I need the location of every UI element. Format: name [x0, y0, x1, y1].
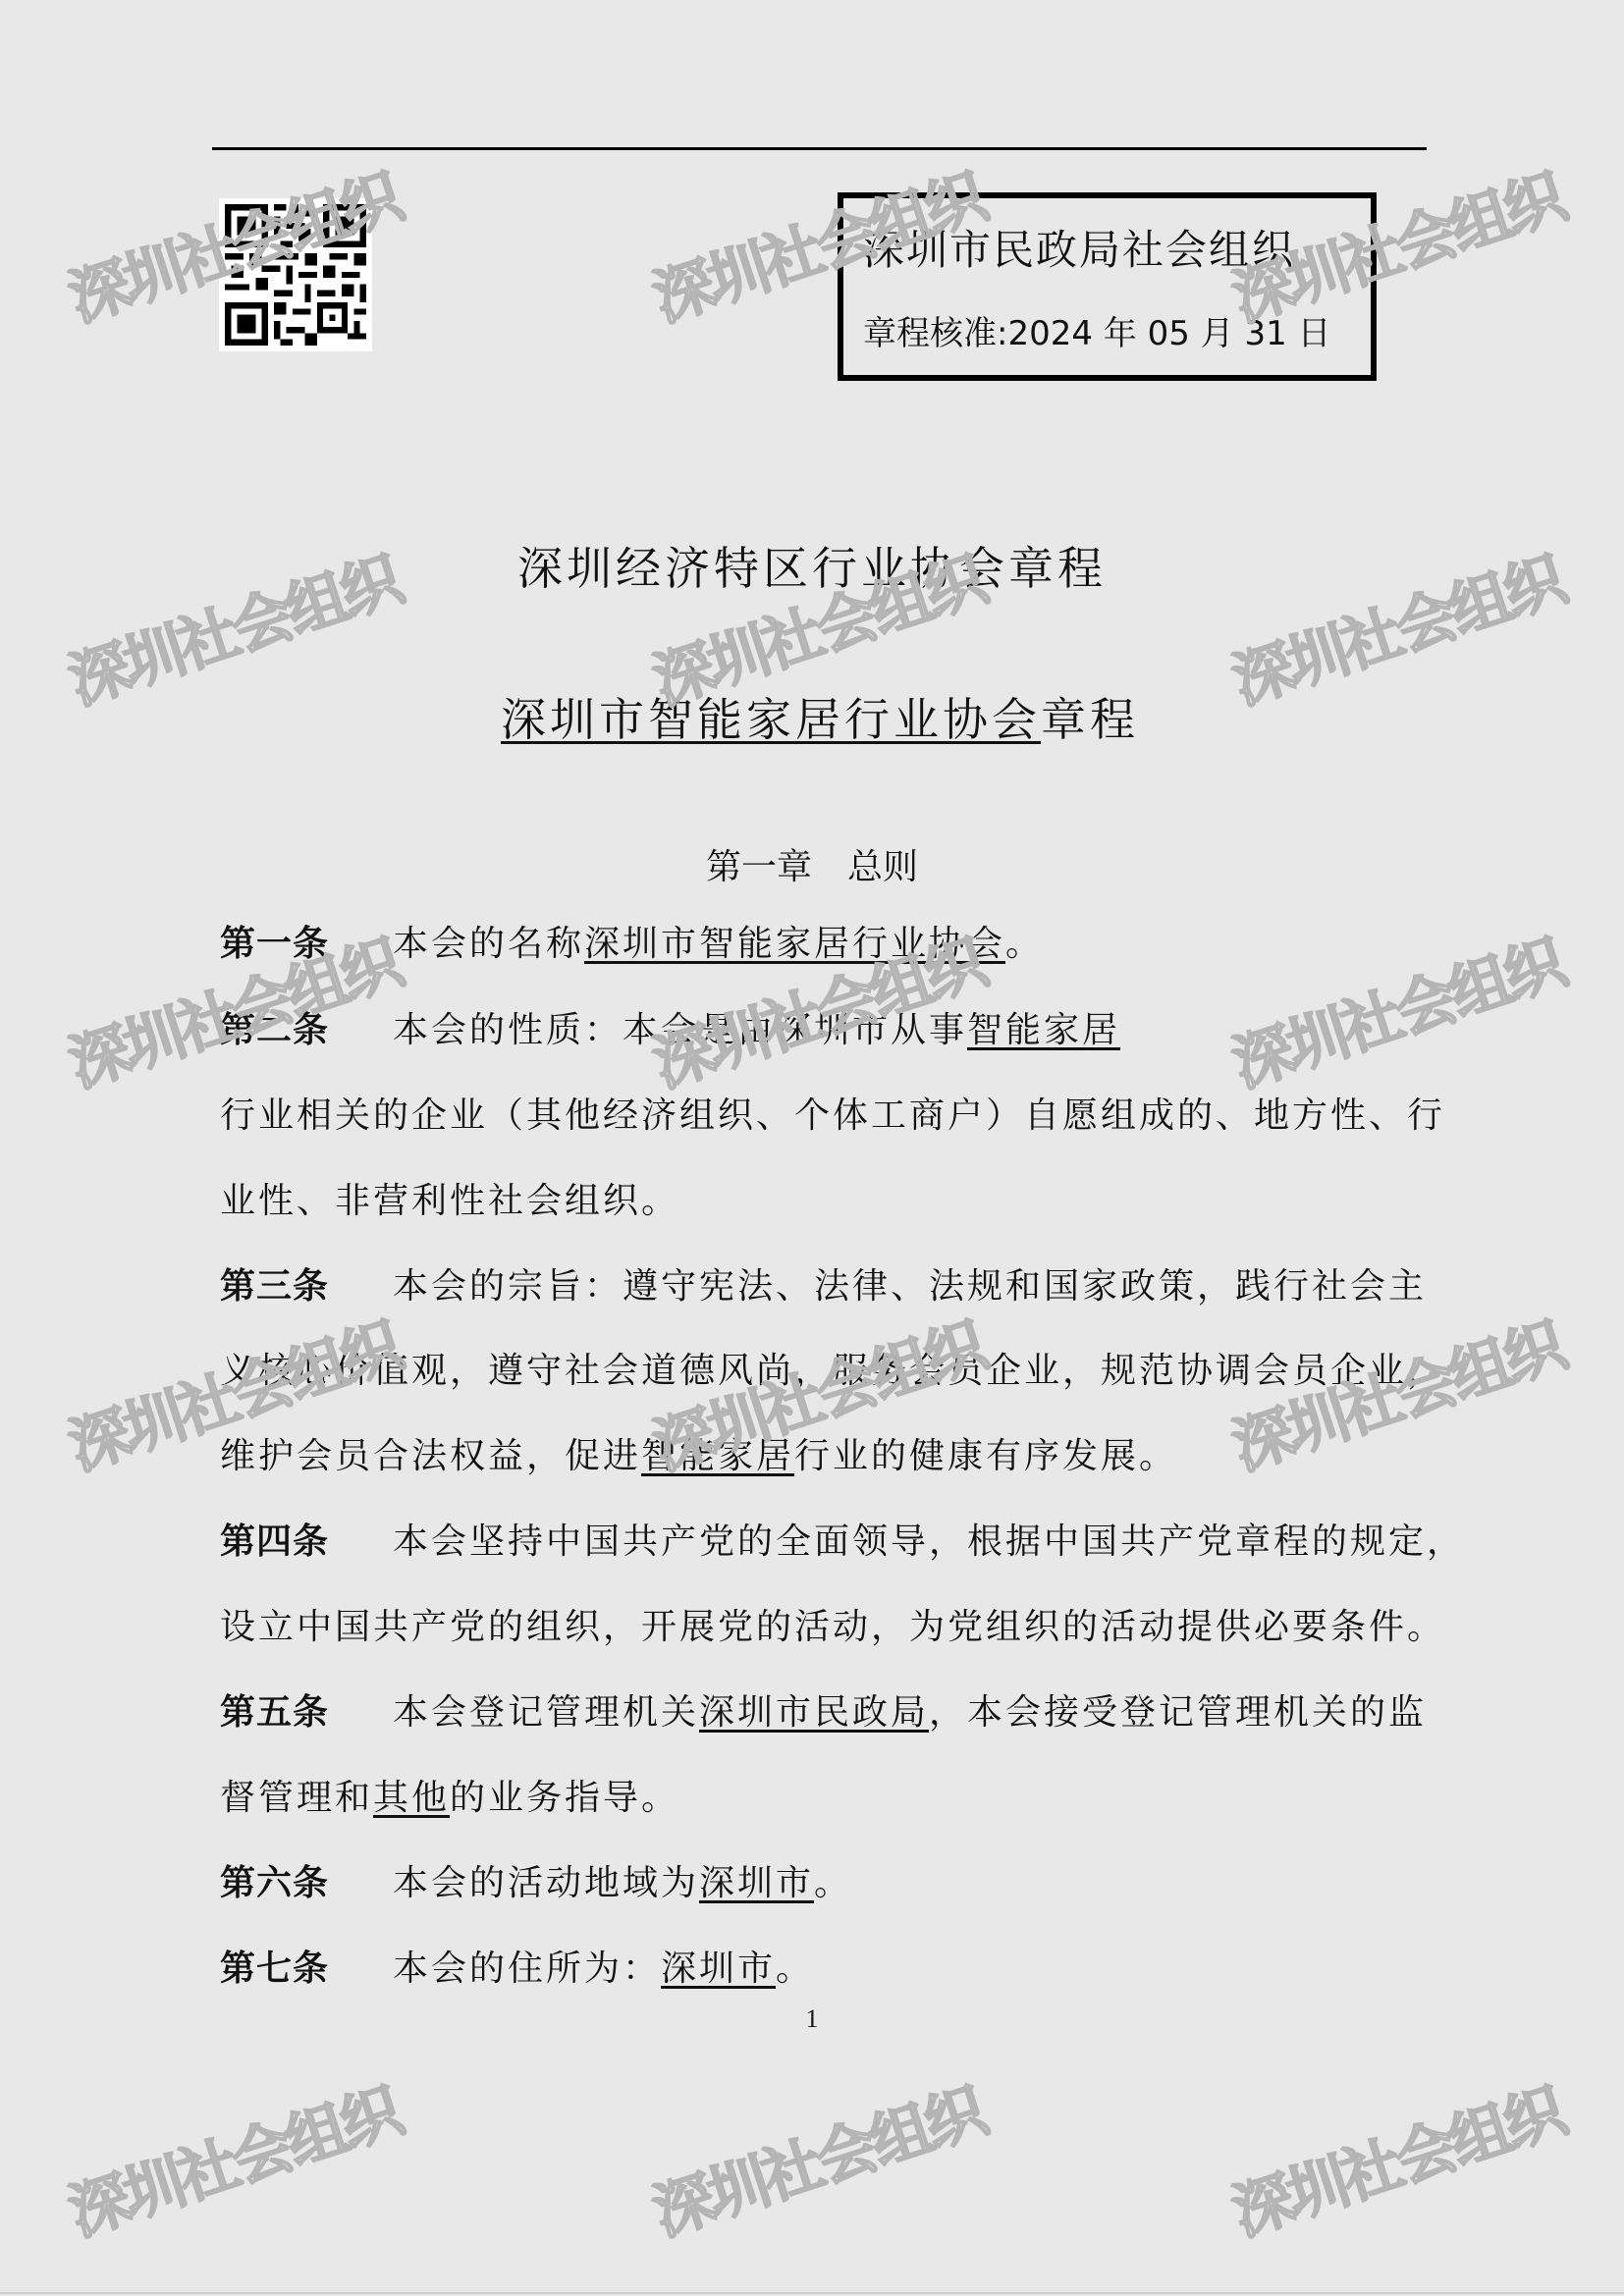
article-continuation-line: 督管理和其他的业务指导。	[220, 1777, 679, 1820]
approval-label: 章程核准:	[863, 314, 1007, 353]
document-title: 深圳经济特区行业协会章程	[0, 533, 1624, 598]
underlined-fill-in: 其他	[373, 1778, 450, 1818]
article-continuation-line: 行业相关的企业（其他经济组织、个体工商户）自愿组成的、地方性、行	[220, 1095, 1445, 1138]
watermark: 深圳社会组织	[1219, 2063, 1571, 2252]
organization-title: 深圳市智能家居行业协会章程	[501, 684, 1139, 749]
qr-code-icon	[219, 198, 372, 351]
article-text: 义核心价值观，遵守社会道德风尚，服务会员企业，规范协调会员企业，	[220, 1351, 1445, 1391]
underlined-fill-in: 深圳市民政局	[699, 1692, 929, 1733]
watermark: 深圳社会组织	[1219, 915, 1571, 1103]
organization-name: 深圳市智能家居行业协会	[501, 693, 1041, 746]
article-continuation-line: 设立中国共产党的组织，开展党的活动，为党组织的活动提供必要条件。	[220, 1606, 1445, 1649]
article-text: 。	[1005, 924, 1044, 964]
article-text: 本会坚持中国共产党的全面领导，根据中国共产党章程的规定，	[393, 1522, 1465, 1562]
article-line: 第一条本会的名称深圳市智能家居行业协会。	[220, 923, 1044, 966]
article-text: 本会的性质：本会是由深圳市从事	[393, 1010, 967, 1050]
approval-stamp: 深圳市民政局社会组织 章程核准:2024 年 05 月 31 日	[838, 192, 1377, 381]
article-text: 。	[814, 1863, 852, 1903]
stamp-approval-date: 章程核准:2024 年 05 月 31 日	[863, 306, 1331, 354]
article-label: 第五条	[220, 1691, 393, 1735]
article-label: 第七条	[220, 1948, 393, 1991]
watermark: 深圳社会组织	[640, 2063, 992, 2252]
article-text: 行业相关的企业（其他经济组织、个体工商户）自愿组成的、地方性、行	[220, 1095, 1445, 1136]
article-text: 本会的宗旨：遵守宪法、法律、法规和国家政策，践行社会主	[393, 1266, 1427, 1307]
article-text: 督管理和	[220, 1778, 373, 1818]
article-text: 的业务指导。	[450, 1778, 679, 1818]
header-rule	[212, 147, 1427, 150]
article-text: 维护会员合法权益，促进	[220, 1436, 641, 1476]
organization-title-suffix: 章程	[1041, 693, 1139, 746]
article-text: 行业的健康有序发展。	[794, 1436, 1177, 1476]
article-label: 第二条	[220, 1009, 393, 1052]
article-text: 业性、非营利性社会组织。	[220, 1181, 679, 1221]
underlined-fill-in: 深圳市	[699, 1863, 814, 1903]
article-line: 第六条本会的活动地域为深圳市。	[220, 1862, 852, 1905]
chapter-heading: 第一章 总则	[0, 839, 1624, 889]
article-continuation-line: 义核心价值观，遵守社会道德风尚，服务会员企业，规范协调会员企业，	[220, 1350, 1445, 1393]
article-text: ，本会接受登记管理机关的监	[929, 1692, 1427, 1733]
underlined-fill-in: 智能家居	[967, 1010, 1120, 1050]
article-line: 第二条本会的性质：本会是由深圳市从事智能家居	[220, 1009, 1120, 1052]
underlined-fill-in: 深圳市	[661, 1949, 776, 1989]
underlined-fill-in: 深圳市智能家居行业协会	[584, 924, 1005, 964]
article-line: 第三条本会的宗旨：遵守宪法、法律、法规和国家政策，践行社会主	[220, 1265, 1427, 1308]
article-label: 第六条	[220, 1862, 393, 1905]
article-label: 第一条	[220, 923, 393, 966]
page-bottom-edge	[0, 2292, 1624, 2294]
article-label: 第三条	[220, 1265, 393, 1308]
article-text: 。	[776, 1949, 814, 1989]
article-line: 第七条本会的住所为：深圳市。	[220, 1948, 814, 1991]
article-text: 本会的活动地域为	[393, 1863, 699, 1903]
article-text: 本会的住所为：	[393, 1949, 661, 1989]
approval-date: 2024 年 05 月 31 日	[1007, 314, 1330, 353]
underlined-fill-in: 智能家居	[641, 1436, 794, 1476]
page-number: 1	[0, 2004, 1624, 2034]
stamp-title: 深圳市民政局社会组织	[863, 218, 1295, 277]
watermark: 深圳社会组织	[56, 2063, 407, 2252]
article-continuation-line: 业性、非营利性社会组织。	[220, 1180, 679, 1223]
article-line: 第五条本会登记管理机关深圳市民政局，本会接受登记管理机关的监	[220, 1691, 1427, 1735]
article-text: 本会的名称	[393, 924, 584, 964]
article-continuation-line: 维护会员合法权益，促进智能家居行业的健康有序发展。	[220, 1435, 1177, 1478]
article-label: 第四条	[220, 1521, 393, 1564]
article-text: 设立中国共产党的组织，开展党的活动，为党组织的活动提供必要条件。	[220, 1607, 1445, 1647]
article-line: 第四条本会坚持中国共产党的全面领导，根据中国共产党章程的规定，	[220, 1521, 1465, 1564]
article-text: 本会登记管理机关	[393, 1692, 699, 1733]
